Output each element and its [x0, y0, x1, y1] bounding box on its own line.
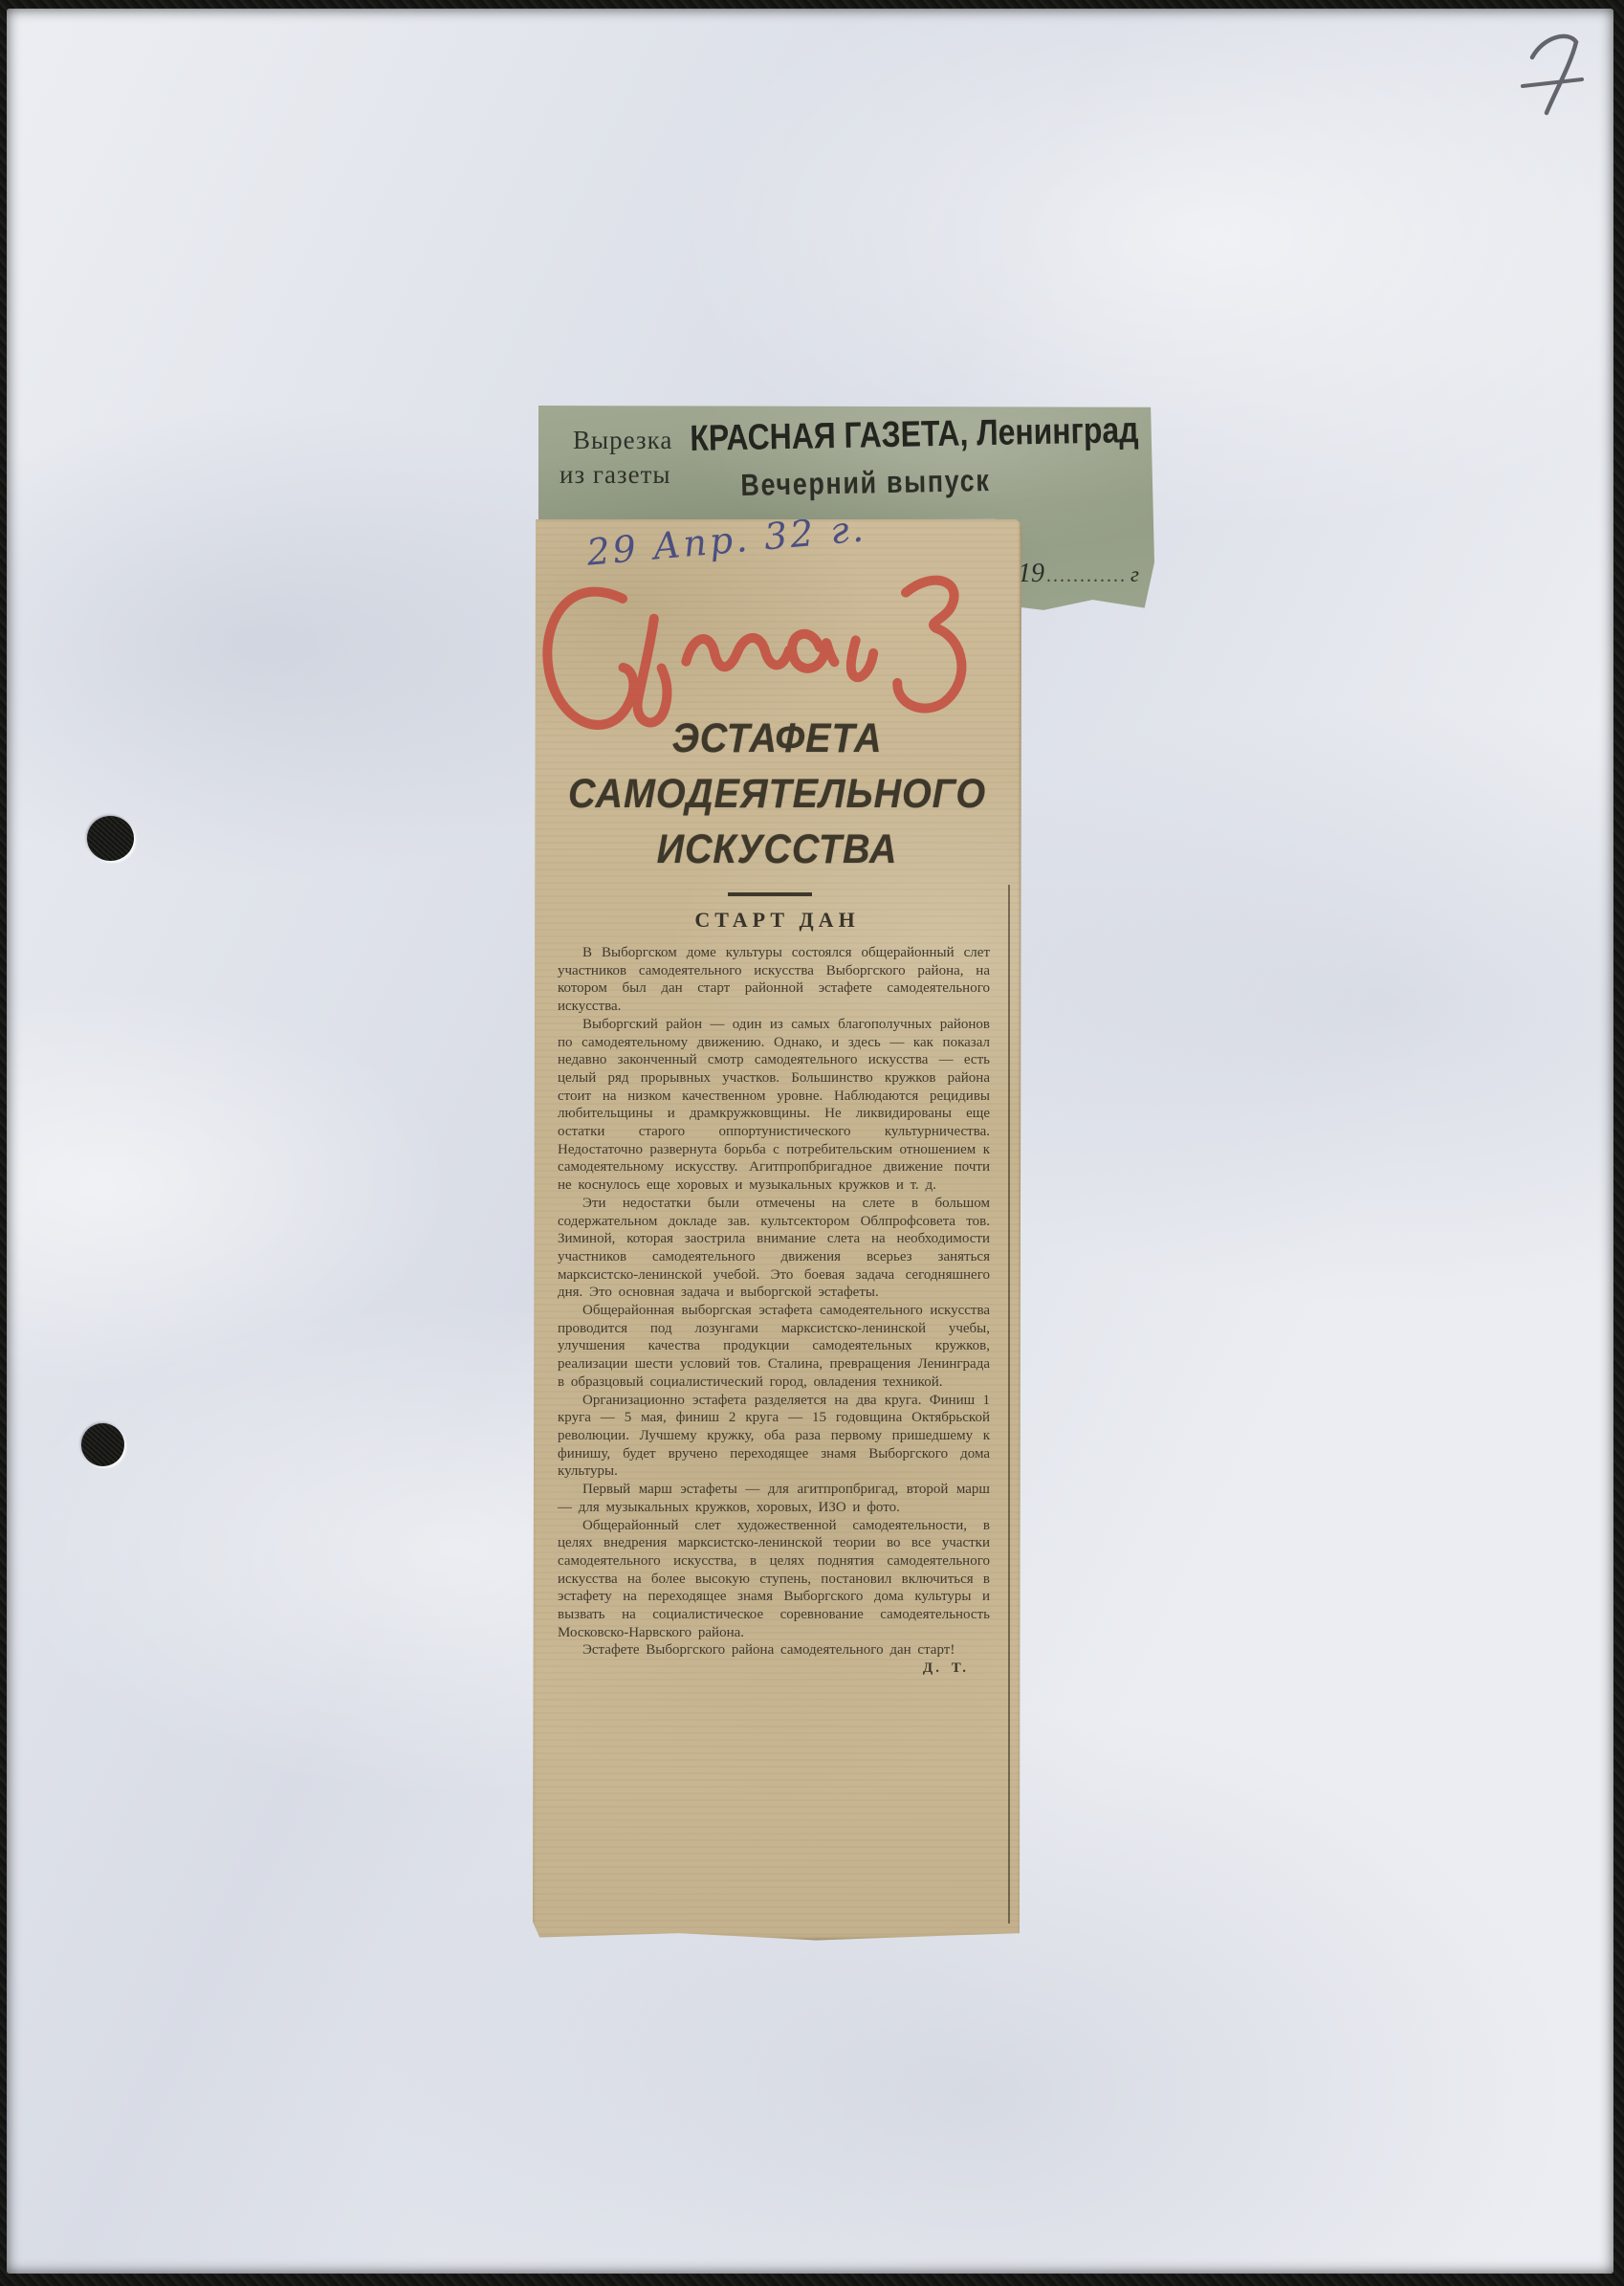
headline-line1: ЭСТАФЕТА — [552, 711, 1001, 766]
slip-kind-line2: из газеты — [560, 457, 672, 492]
year-suffix: г — [1127, 562, 1139, 586]
headline-divider — [728, 892, 812, 896]
column-rule — [1008, 885, 1010, 1923]
newspaper-name: КРАСНАЯ ГАЗЕТА, Ленинград — [690, 410, 1139, 460]
article-paragraph: Эстафете Выборгского района самодеятельн… — [558, 1641, 990, 1660]
article-body: В Выборгском доме культуры состоялся общ… — [558, 944, 990, 1678]
article-paragraph: В Выборгском доме культуры состоялся общ… — [558, 944, 990, 1016]
page-number-pencil — [1517, 23, 1595, 122]
article-headline: ЭСТАФЕТА САМОДЕЯТЕЛЬНОГО ИСКУССТВА — [533, 711, 1021, 877]
pencil-seven-icon — [1517, 23, 1595, 122]
article-paragraph: Организационно эстафета разделяется на д… — [558, 1392, 990, 1482]
slip-kind-label: Вырезка из газеты — [560, 423, 672, 492]
headline-line2: САМОДЕЯТЕЛЬНОГО — [552, 766, 1001, 822]
article-paragraph: Общерайонная выборгская эстафета самодея… — [558, 1302, 990, 1392]
newspaper-clipping: 29 Апр. 32 г. ЭСТАФЕТА САМОДЕЯТЕЛЬНОГО И… — [533, 519, 1021, 1942]
headline-line3: ИСКУССТВА — [552, 822, 1001, 877]
article-paragraph: Выборгский район — один из самых благопо… — [558, 1016, 990, 1195]
article-signature: Д. Т. — [558, 1660, 990, 1678]
article-paragraph: Общерайонный слет художественной самодея… — [558, 1517, 990, 1642]
punch-hole-top — [87, 816, 134, 861]
archive-scan: Вырезка из газеты КРАСНАЯ ГАЗЕТА, Ленинг… — [0, 0, 1624, 2286]
newspaper-stamp: КРАСНАЯ ГАЗЕТА, Ленинград Вечерний выпус… — [690, 410, 1140, 504]
article-paragraph: Первый марш эстафеты — для агитпропбрига… — [558, 1481, 990, 1516]
punch-hole-bottom — [81, 1423, 124, 1466]
newspaper-edition: Вечерний выпуск — [691, 460, 1140, 504]
article-paragraph: Эти недостатки были отмечены на слете в … — [558, 1195, 990, 1302]
article-subhead: СТАРТ ДАН — [533, 908, 1021, 933]
year-dots-right: ............ — [1046, 565, 1127, 586]
slip-kind-line1: Вырезка — [560, 423, 672, 457]
